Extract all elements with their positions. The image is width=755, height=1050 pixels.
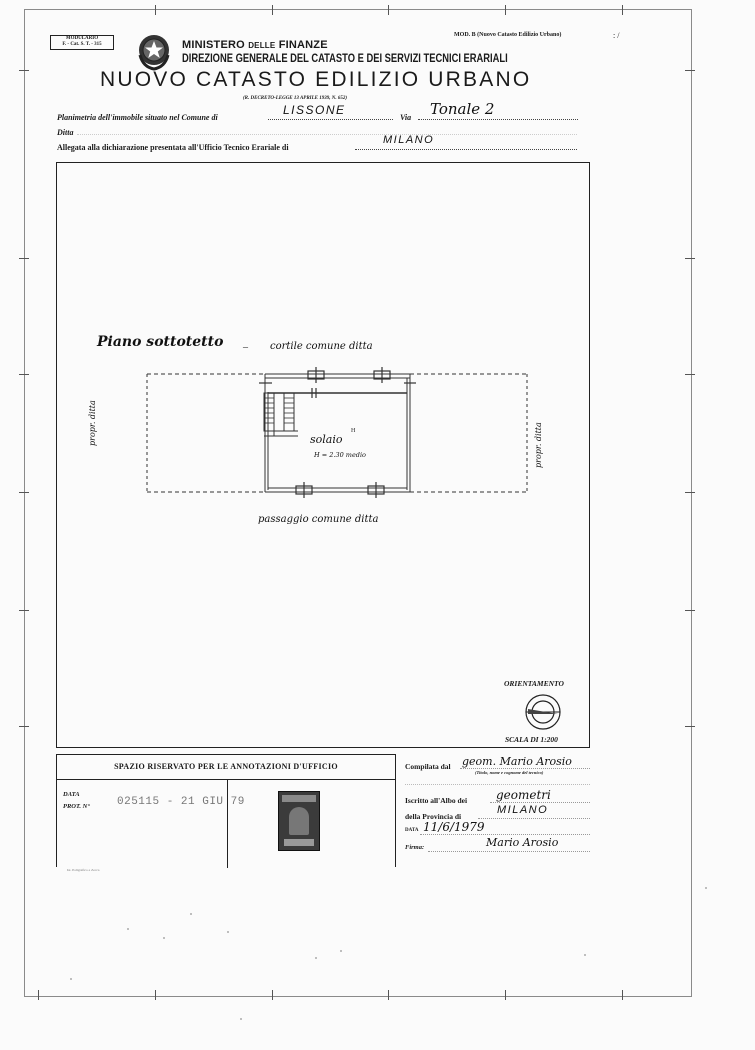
office-prot-label: PROT. N° xyxy=(63,803,90,810)
room-height: H = 2.30 medio xyxy=(314,451,366,459)
south-side-label: passaggio comune ditta xyxy=(258,514,378,525)
room-mark: H xyxy=(351,428,355,434)
floor-plan-drawing xyxy=(0,0,755,1050)
compilata-value: geom. Mario Arosio xyxy=(462,755,572,768)
printer-mark: Ist. Poligrafico e Zecca xyxy=(67,868,99,872)
protocol-stamp: 025115 - 21 GIU 79 xyxy=(117,796,245,808)
floor-label-dash: _ xyxy=(243,338,248,349)
office-box-divider xyxy=(227,780,228,868)
data-value: 11/6/1979 xyxy=(423,820,485,834)
floor-label: Piano sottotetto xyxy=(97,334,223,350)
divider-line xyxy=(405,772,590,785)
room-name: solaio xyxy=(310,433,342,446)
compass-orientation-icon xyxy=(526,695,560,729)
office-annotations-box: SPAZIO RISERVATO PER LE ANNOTAZIONI D'UF… xyxy=(56,754,396,867)
data-label: DATA xyxy=(405,828,418,833)
provincia-value: MILANO xyxy=(497,804,548,816)
revenue-stamp-icon xyxy=(278,791,320,851)
east-side-label: propr. ditta xyxy=(534,422,543,468)
firma-label: Firma: xyxy=(405,844,424,851)
west-side-label: propr. ditta xyxy=(88,400,97,446)
compilata-label: Compilata dal xyxy=(405,762,451,771)
iscritto-label: Iscritto all'Albo dei xyxy=(405,796,467,805)
scale-label: SCALA DI 1:200 xyxy=(505,735,558,744)
office-data-label: DATA xyxy=(63,791,80,798)
office-box-title: SPAZIO RISERVATO PER LE ANNOTAZIONI D'UF… xyxy=(57,755,395,780)
iscritto-value: geometri xyxy=(496,788,551,802)
north-side-label: cortile comune ditta xyxy=(270,341,373,352)
orientation-label: ORIENTAMENTO xyxy=(504,679,564,688)
signature: Mario Arosio xyxy=(486,836,558,849)
